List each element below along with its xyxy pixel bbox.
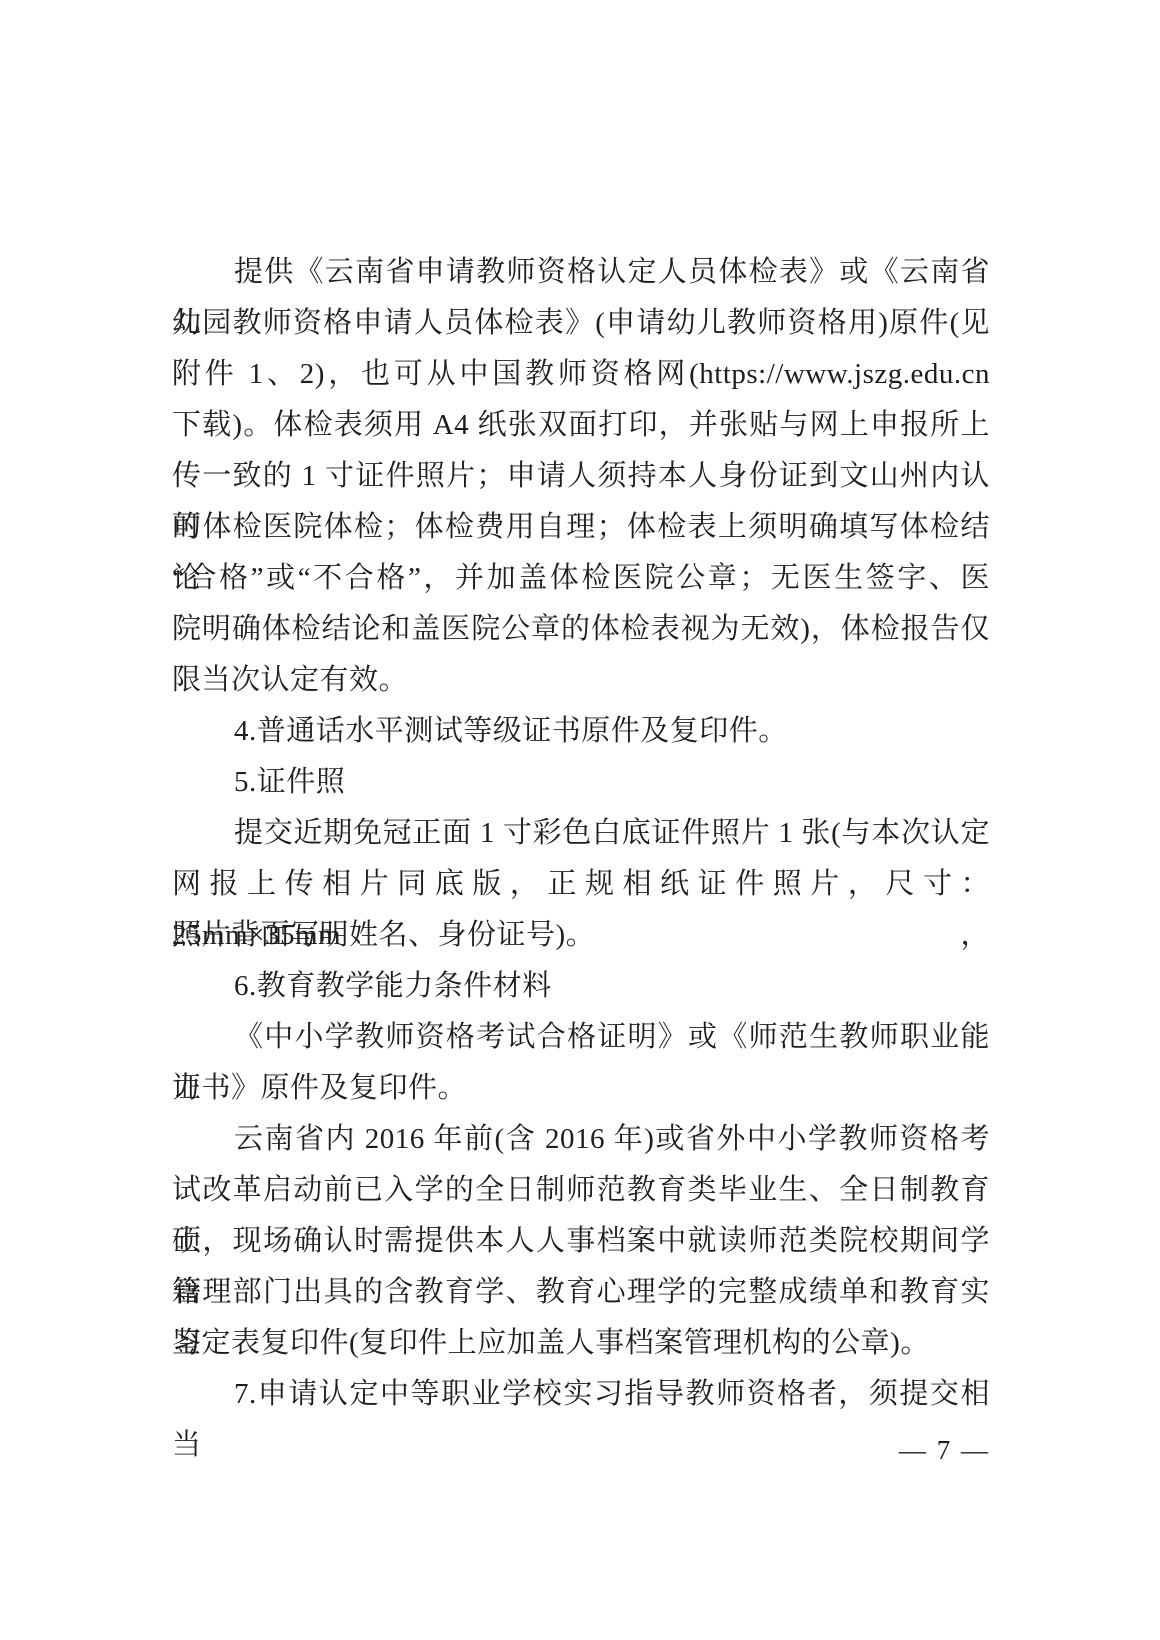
text-line: 鉴定表复印件(复印件上应加盖人事档案管理机构的公章)。 xyxy=(172,1318,990,1369)
text-line: 网报上传相片同底版，正规相纸证件照片，尺寸：25mm×35mm， xyxy=(172,859,990,910)
text-line: “合格”或“不合格”，并加盖体检医院公章；无医生签字、医 xyxy=(172,553,990,604)
text-line: 云南省内 2016 年前(含 2016 年)或省外中小学教师资格考 xyxy=(172,1114,990,1165)
text-line: 下载)。体检表须用 A4 纸张双面打印，并张贴与网上申报所上 xyxy=(172,400,990,451)
page-number: — 7 — xyxy=(899,1434,990,1466)
text-line: 士，现场确认时需提供本人人事档案中就读师范类院校期间学籍 xyxy=(172,1216,990,1267)
text-line: 6.教育教学能力条件材料 xyxy=(172,961,990,1012)
text-line: 的体检医院体检；体检费用自理；体检表上须明确填写体检结论 xyxy=(172,502,990,553)
text-line: 传一致的 1 寸证件照片；申请人须持本人身份证到文山州内认可 xyxy=(172,451,990,502)
text-line: 证书》原件及复印件。 xyxy=(172,1063,990,1114)
text-line: 试改革启动前已入学的全日制师范教育类毕业生、全日制教育硕 xyxy=(172,1165,990,1216)
document-page: 提供《云南省申请教师资格认定人员体检表》或《云南省幼儿园教师资格申请人员体检表》… xyxy=(0,0,1160,1640)
text-line: 提供《云南省申请教师资格认定人员体检表》或《云南省幼 xyxy=(172,247,990,298)
text-line: 4.普通话水平测试等级证书原件及复印件。 xyxy=(172,706,990,757)
text-line: 院明确体检结论和盖医院公章的体检表视为无效)，体检报告仅 xyxy=(172,604,990,655)
text-line: 儿园教师资格申请人员体检表》(申请幼儿教师资格用)原件(见 xyxy=(172,298,990,349)
text-line: 《中小学教师资格考试合格证明》或《师范生教师职业能力 xyxy=(172,1012,990,1063)
text-line: 附件 1、2)，也可从中国教师资格网(https://www.jszg.edu.… xyxy=(172,349,990,400)
text-block: 提供《云南省申请教师资格认定人员体检表》或《云南省幼儿园教师资格申请人员体检表》… xyxy=(172,247,990,1420)
text-line: 管理部门出具的含教育学、教育心理学的完整成绩单和教育实习 xyxy=(172,1267,990,1318)
text-line: 提交近期免冠正面 1 寸彩色白底证件照片 1 张(与本次认定 xyxy=(172,808,990,859)
text-line: 限当次认定有效。 xyxy=(172,655,990,706)
text-line: 5.证件照 xyxy=(172,757,990,808)
text-line: 7.申请认定中等职业学校实习指导教师资格者，须提交相当 xyxy=(172,1369,990,1420)
